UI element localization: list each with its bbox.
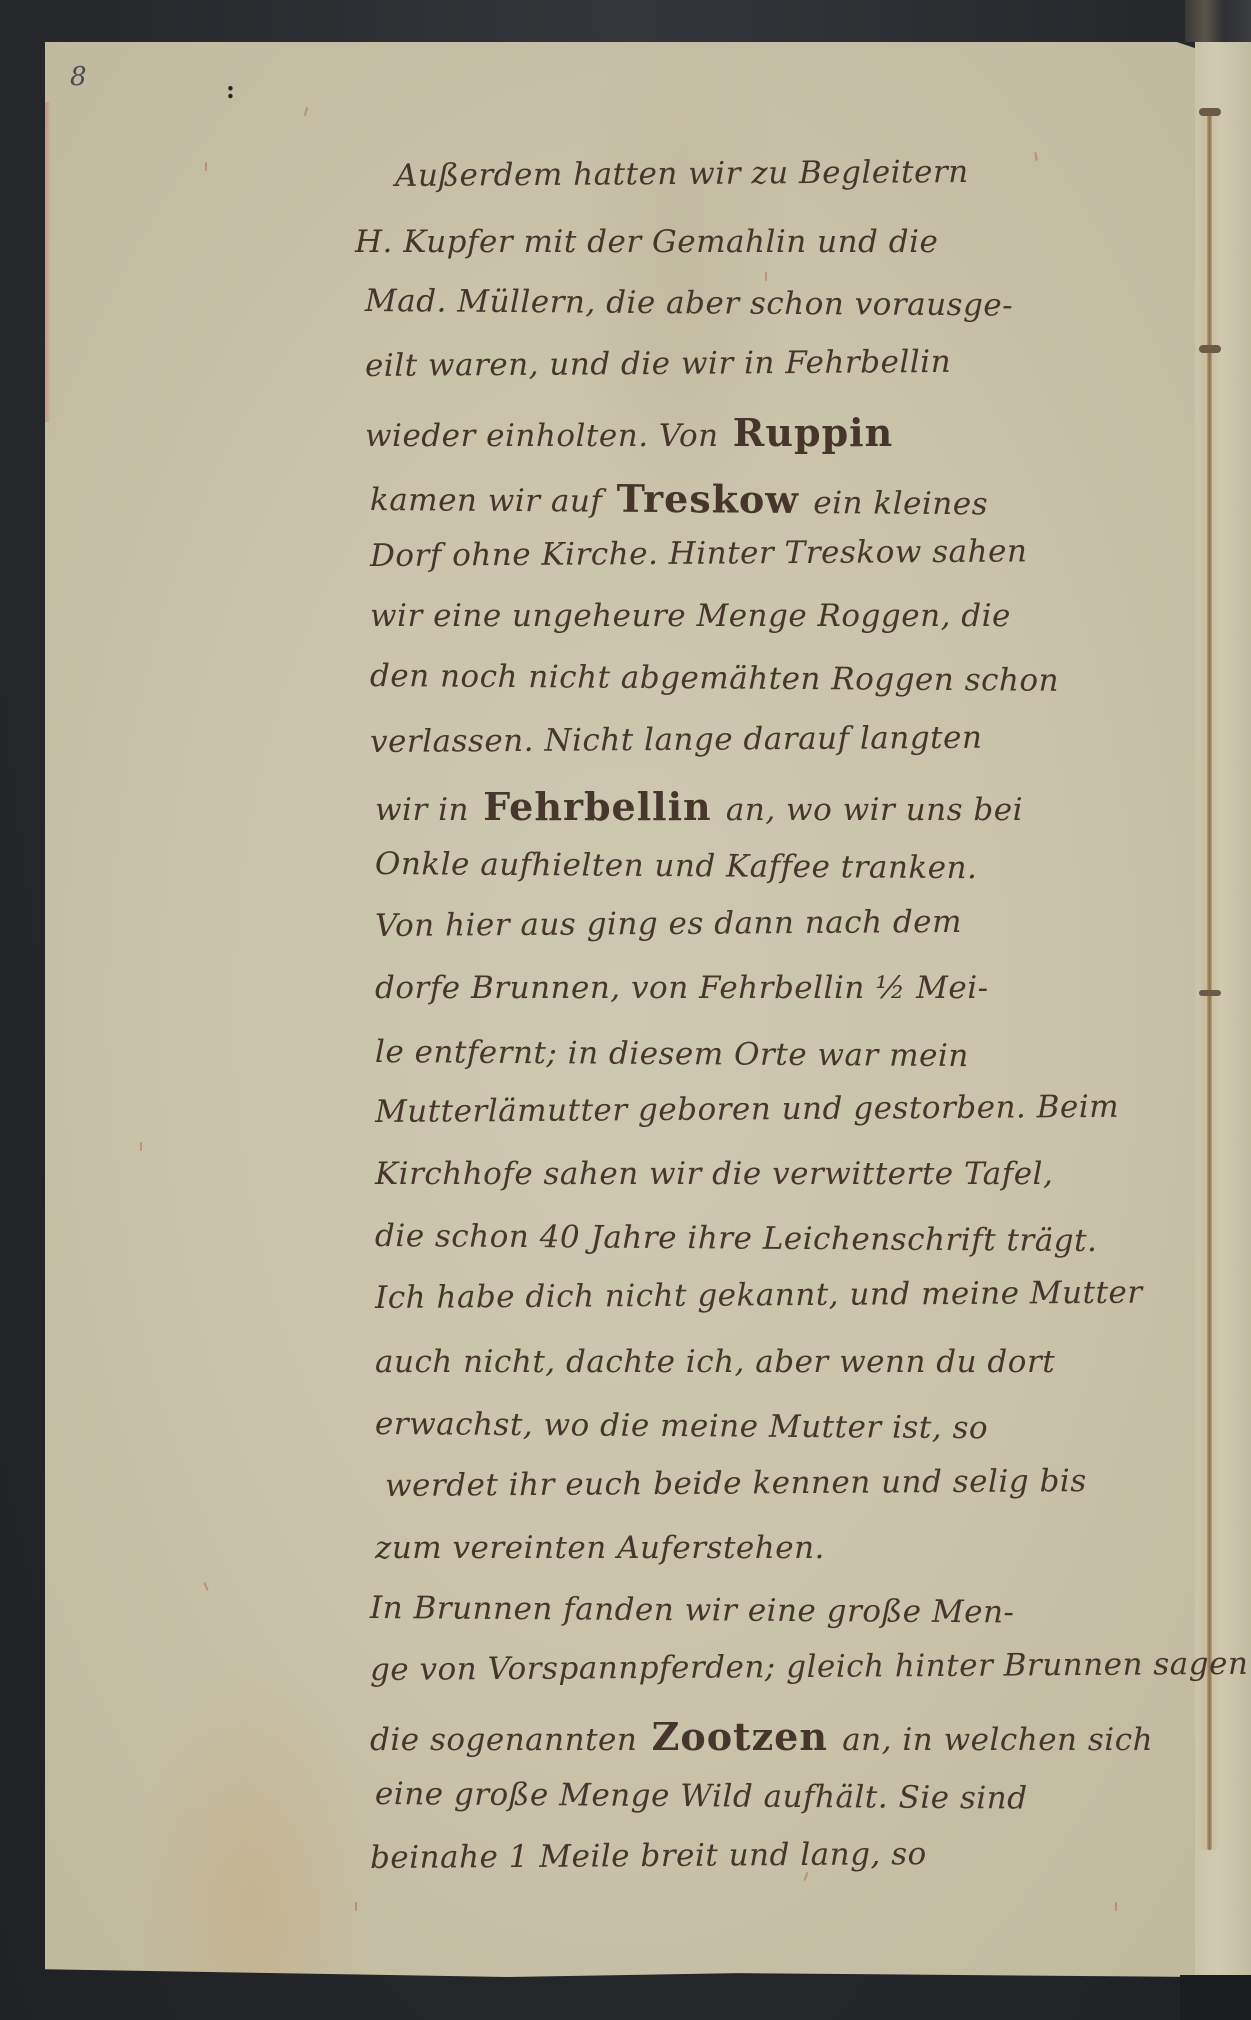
manuscript-line: den noch nicht abgemähten Roggen schon xyxy=(370,658,1059,699)
manuscript-line-tail: ein kleines xyxy=(813,485,988,522)
manuscript-line-text: zum vereinten Auferstehen. xyxy=(375,1530,825,1566)
manuscript-line-text: Onkle aufhielten und Kaffee tranken. xyxy=(375,846,978,886)
manuscript-line: eilt waren, und die wir in Fehrbellin xyxy=(365,344,951,384)
manuscript-line: Ich habe dich nicht gekannt, und meine M… xyxy=(375,1275,1143,1316)
manuscript-line-tail: an, in welchen sich xyxy=(842,1722,1153,1758)
manuscript-line: die sogenannten Zootzen an, in welchen s… xyxy=(370,1714,1153,1759)
place-name: Fehrbellin xyxy=(469,784,726,829)
manuscript-line: zum vereinten Auferstehen. xyxy=(375,1530,825,1566)
page-edge-stain xyxy=(45,102,51,422)
manuscript-line: die schon 40 Jahre ihre Leichenschrift t… xyxy=(375,1218,1098,1259)
manuscript-line: Kirchhofe sahen wir die verwitterte Tafe… xyxy=(375,1156,1053,1192)
manuscript-line: Mutterlämutter geboren und gestorben. Be… xyxy=(375,1089,1119,1130)
manuscript-line-text: die schon 40 Jahre ihre Leichenschrift t… xyxy=(375,1218,1098,1259)
paper-fleck xyxy=(140,1142,142,1151)
manuscript-line-text: Kirchhofe sahen wir die verwitterte Tafe… xyxy=(375,1156,1053,1192)
stitch-knot xyxy=(1199,345,1221,353)
manuscript-line-text: erwachst, wo die meine Mutter ist, so xyxy=(375,1406,988,1446)
place-name: Ruppin xyxy=(719,410,894,455)
manuscript-line-text: Ich habe dich nicht gekannt, und meine M… xyxy=(375,1275,1143,1316)
manuscript-line: Onkle aufhielten und Kaffee tranken. xyxy=(375,846,978,886)
paper-fleck xyxy=(355,1902,357,1911)
manuscript-line-text: le entfernt; in diesem Orte war mein xyxy=(375,1034,969,1074)
manuscript-line: ge von Vorspannpferden; gleich hinter Br… xyxy=(370,1646,1249,1688)
manuscript-line: erwachst, wo die meine Mutter ist, so xyxy=(375,1406,988,1446)
stitch-knot xyxy=(1199,990,1221,996)
place-name: Treskow xyxy=(602,476,813,522)
manuscript-line-text: wieder einholten. Von xyxy=(365,418,719,454)
manuscript-line-text: In Brunnen fanden wir eine große Men- xyxy=(370,1590,1015,1630)
manuscript-line-text: die sogenannten xyxy=(370,1722,637,1758)
paper-fleck xyxy=(765,272,767,281)
paper-fleck xyxy=(304,107,308,116)
manuscript-line-text: Außerdem hatten wir zu Begleitern xyxy=(395,154,969,194)
page-number: 8 xyxy=(70,62,87,92)
manuscript-line: wir eine ungeheure Menge Roggen, die xyxy=(370,598,1011,634)
manuscript-line: wieder einholten. Von Ruppin xyxy=(365,410,893,455)
manuscript-line: eine große Menge Wild aufhält. Sie sind xyxy=(375,1776,1028,1817)
binding-bottom-edge xyxy=(1180,1975,1251,2020)
manuscript-line: In Brunnen fanden wir eine große Men- xyxy=(370,1590,1015,1630)
manuscript-line: Mad. Müllern, die aber schon vorausge- xyxy=(365,283,1013,324)
manuscript-line: H. Kupfer mit der Gemahlin und die xyxy=(355,224,938,260)
manuscript-line-tail: an, wo wir uns bei xyxy=(726,792,1023,828)
manuscript-line-text: auch nicht, dachte ich, aber wenn du dor… xyxy=(375,1344,1055,1380)
binding-top-edge xyxy=(1185,0,1251,42)
manuscript-line: wir in Fehrbellin an, wo wir uns bei xyxy=(375,784,1023,829)
manuscript-line-text: Von hier aus ging es dann nach dem xyxy=(375,904,962,944)
manuscript-line: Von hier aus ging es dann nach dem xyxy=(375,904,962,944)
manuscript-line-text: beinahe 1 Meile breit und lang, so xyxy=(370,1836,927,1876)
manuscript-line: le entfernt; in diesem Orte war mein xyxy=(375,1034,969,1074)
margin-mark: : xyxy=(226,75,235,104)
paper-fleck xyxy=(205,162,207,171)
paper-fleck xyxy=(1034,152,1038,161)
manuscript-line-text: eine große Menge Wild aufhält. Sie sind xyxy=(375,1776,1028,1817)
manuscript-line-text: ge von Vorspannpferden; gleich hinter Br… xyxy=(370,1646,1249,1688)
manuscript-line: beinahe 1 Meile breit und lang, so xyxy=(370,1836,927,1876)
manuscript-line-text: Mutterlämutter geboren und gestorben. Be… xyxy=(375,1089,1119,1130)
paper-fleck xyxy=(804,1872,809,1881)
manuscript-line: kamen wir auf Treskow ein kleines xyxy=(370,474,988,523)
stitch-knot xyxy=(1199,108,1221,116)
paper-fleck xyxy=(203,1582,209,1591)
manuscript-line-text: werdet ihr euch beide kennen und selig b… xyxy=(385,1463,1087,1504)
manuscript-line: Außerdem hatten wir zu Begleitern xyxy=(395,154,969,194)
paper-fleck xyxy=(1115,1902,1117,1911)
manuscript-line: auch nicht, dachte ich, aber wenn du dor… xyxy=(375,1344,1055,1380)
manuscript-line-text: verlassen. Nicht lange darauf langten xyxy=(370,720,983,760)
manuscript-line-text: Mad. Müllern, die aber schon vorausge- xyxy=(365,283,1013,324)
manuscript-line-text: wir eine ungeheure Menge Roggen, die xyxy=(370,598,1011,634)
manuscript-line: dorfe Brunnen, von Fehrbellin ½ Mei- xyxy=(375,970,989,1006)
manuscript-line: werdet ihr euch beide kennen und selig b… xyxy=(385,1463,1087,1504)
manuscript-line: verlassen. Nicht lange darauf langten xyxy=(370,720,983,760)
manuscript-line-text: kamen wir auf xyxy=(370,482,603,520)
manuscript-line-text: eilt waren, und die wir in Fehrbellin xyxy=(365,344,951,384)
manuscript-line-text: H. Kupfer mit der Gemahlin und die xyxy=(355,224,938,260)
manuscript-line: Dorf ohne Kirche. Hinter Treskow sahen xyxy=(370,533,1028,574)
manuscript-line-text: Dorf ohne Kirche. Hinter Treskow sahen xyxy=(370,533,1028,574)
binding-thread xyxy=(1207,110,1212,1850)
manuscript-line-text: wir in xyxy=(375,792,469,828)
manuscript-page xyxy=(45,42,1200,1977)
place-name: Zootzen xyxy=(637,1714,842,1759)
manuscript-line-text: dorfe Brunnen, von Fehrbellin ½ Mei- xyxy=(375,970,989,1006)
manuscript-line-text: den noch nicht abgemähten Roggen schon xyxy=(370,658,1059,699)
